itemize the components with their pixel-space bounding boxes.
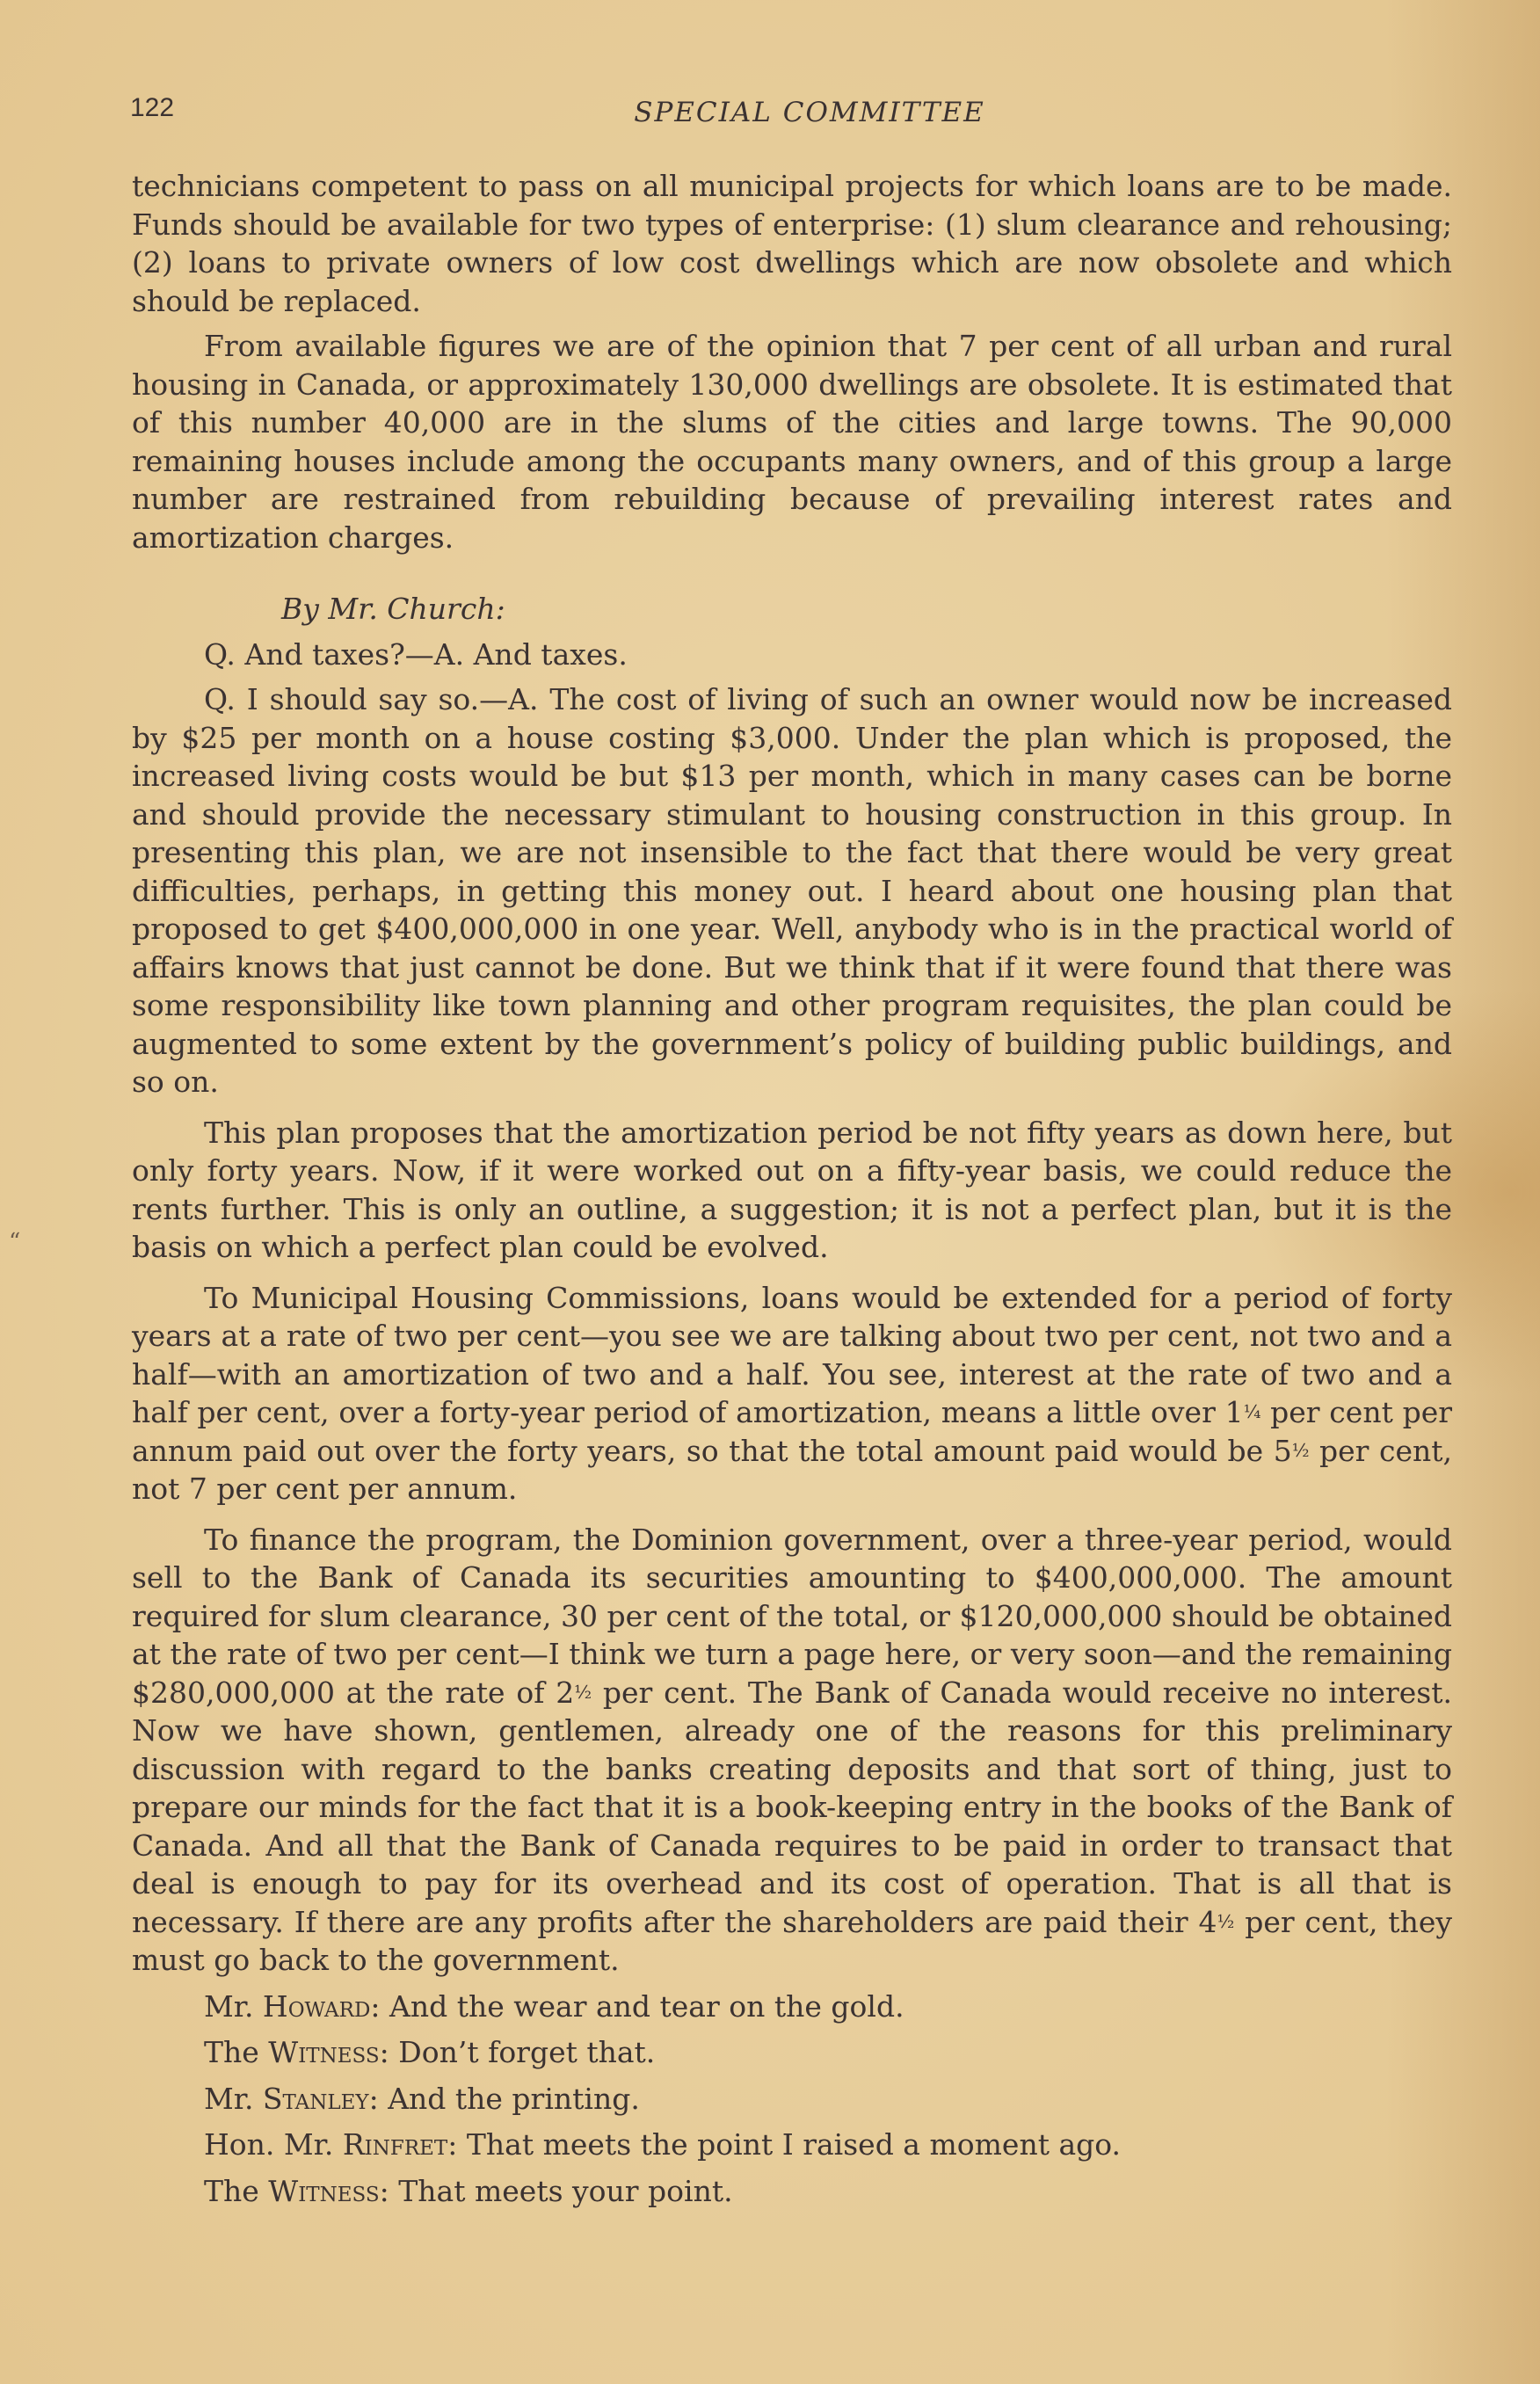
fraction-one-quarter: ¼ bbox=[1244, 1401, 1261, 1422]
margin-mark: “ bbox=[9, 1229, 20, 1255]
speech-text: : That meets your point. bbox=[380, 2174, 733, 2208]
question-answer-taxes: Q. And taxes?—A. And taxes. bbox=[132, 636, 1452, 674]
speaker-name: Stanley bbox=[263, 2082, 369, 2116]
colloquy-line-stanley: Mr. Stanley: And the printing. bbox=[132, 2080, 1452, 2119]
speaker-name: Rinfret bbox=[343, 2127, 447, 2162]
paragraph-municipal-commissions: To Municipal Housing Commissions, loans … bbox=[132, 1279, 1452, 1508]
colloquy-line-witness: The Witness: That meets your point. bbox=[132, 2172, 1452, 2211]
paragraph-obsolete-housing: From available figures we are of the opi… bbox=[132, 327, 1452, 556]
colloquy-line-witness: The Witness: Don’t forget that. bbox=[132, 2033, 1452, 2072]
colloquy: Mr. Howard: And the wear and tear on the… bbox=[132, 1988, 1452, 2211]
speaker-name: Witness bbox=[268, 2035, 379, 2069]
paragraph-financing: To finance the program, the Dominion gov… bbox=[132, 1521, 1452, 1980]
colloquy-line-howard: Mr. Howard: And the wear and tear on the… bbox=[132, 1988, 1452, 2026]
speaker-prefix: Mr. bbox=[204, 1989, 263, 2024]
body-text: technicians competent to pass on all mun… bbox=[132, 167, 1452, 2210]
speaker-prefix: The bbox=[204, 2174, 268, 2208]
fraction-one-half: ½ bbox=[1292, 1440, 1310, 1461]
speaker-name: Witness bbox=[268, 2174, 379, 2208]
paragraph-amortization-period: This plan proposes that the amortization… bbox=[132, 1114, 1452, 1267]
speaker-prefix: Hon. Mr. bbox=[204, 2127, 343, 2162]
speech-text: : That meets the point I raised a moment… bbox=[447, 2127, 1121, 2162]
running-head: 122 SPECIAL COMMITTEE bbox=[132, 88, 1452, 132]
fraction-one-half: ½ bbox=[1217, 1911, 1235, 1932]
speech-text: : And the wear and tear on the gold. bbox=[370, 1989, 904, 2024]
speech-text: : Don’t forget that. bbox=[380, 2035, 656, 2069]
colloquy-line-rinfret: Hon. Mr. Rinfret: That meets the point I… bbox=[132, 2126, 1452, 2164]
speech-text: : And the printing. bbox=[369, 2082, 640, 2116]
paragraph-continued: technicians competent to pass on all mun… bbox=[132, 167, 1452, 320]
text-segment: per cent. The Bank of Canada would recei… bbox=[132, 1675, 1452, 1939]
fraction-one-half: ½ bbox=[574, 1682, 592, 1703]
speaker-prefix: The bbox=[204, 2035, 268, 2069]
speaker-name: Howard bbox=[263, 1989, 371, 2024]
running-title: SPECIAL COMMITTEE bbox=[132, 97, 1452, 128]
examiner-heading: By Mr. Church: bbox=[132, 590, 1452, 629]
speaker-prefix: Mr. bbox=[204, 2082, 263, 2116]
question-answer-cost-of-living: Q. I should say so.—A. The cost of livin… bbox=[132, 680, 1452, 1101]
